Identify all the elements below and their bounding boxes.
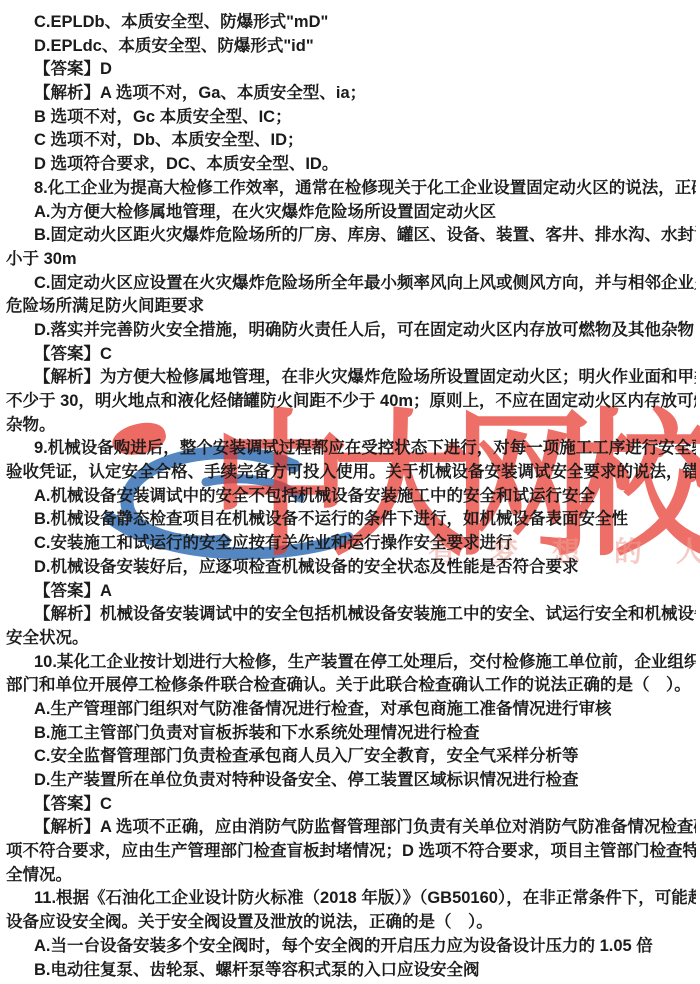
doc-line-text: C.EPLDb、本质安全型、防爆形式"mD" xyxy=(34,13,328,31)
doc-line-text: 安全状况。 xyxy=(6,629,89,647)
doc-line-text: A.为方便大检修属地管理，在火灾爆炸危险场所设置固定动火区 xyxy=(34,203,496,221)
doc-line: 8.化工企业为提高大检修工作效率，通常在检修现关于化工企业设置固定动火区的说法，… xyxy=(6,177,696,201)
doc-line: 全情况。 xyxy=(6,864,696,888)
doc-line: 11.根据《石油化工企业设计防火标准（2018 年版）》（GB50160），在非… xyxy=(6,887,696,911)
doc-line-text: 设备应设安全阀。关于安全阀设置及泄放的说法，正确的是（ ）。 xyxy=(6,913,493,931)
doc-line: A.生产管理部门组织对气防准备情况进行检查，对承包商施工准备情况进行审核 xyxy=(6,698,696,722)
doc-line: C.EPLDb、本质安全型、防爆形式"mD" xyxy=(6,11,696,35)
doc-line-text: A.机械设备安装调试中的安全不包括机械设备安装施工中的安全和试运行安全 xyxy=(34,487,595,505)
doc-line-text: 9.机械设备购进后，整个安装调试过程都应在受控状态下进行，对每一项施工工序进行安… xyxy=(34,439,696,457)
doc-line-text: 杂物。 xyxy=(6,416,56,434)
doc-line-text: 项不符合要求，应由生产管理部门检查盲板封堵情况；D 选项不符合要求，项目主管部门… xyxy=(6,842,696,860)
doc-line: 危险场所满足防火间距要求 xyxy=(6,295,696,319)
doc-line-text: 全情况。 xyxy=(6,866,72,884)
document-page: { "watermark": { "logo_text": "中大网校", "s… xyxy=(0,0,700,984)
doc-line: 9.机械设备购进后，整个安装调试过程都应在受控状态下进行，对每一项施工工序进行安… xyxy=(6,437,696,461)
doc-line-text: 【答案】D xyxy=(34,60,112,78)
doc-line-text: A.生产管理部门组织对气防准备情况进行检查，对承包商施工准备情况进行审核 xyxy=(34,700,612,718)
doc-line: 安全状况。 xyxy=(6,627,696,651)
doc-line-text: 不少于 30，明火地点和液化烃储罐防火间距不少于 40m；原则上，不应在固定动火… xyxy=(6,392,696,410)
doc-line: D 选项符合要求，DC、本质安全型、ID。 xyxy=(6,153,696,177)
doc-line-text: 【解析】为方便大检修属地管理，在非火灾爆炸危险场所设置固定动火区；明火作业面和甲… xyxy=(34,368,696,386)
doc-line: D.机械设备安装好后，应逐项检查机械设备的安全状态及性能是否符合要求 xyxy=(6,556,696,580)
doc-line: A.当一台设备安装多个安全阀时，每个安全阀的开启压力应为设备设计压力的 1.05… xyxy=(6,935,696,959)
document-body: C.EPLDb、本质安全型、防爆形式"mD"D.EPLdc、本质安全型、防爆形式… xyxy=(0,0,700,984)
doc-line-text: B.施工主管部门负责对盲板拆装和下水系统处理情况进行检查 xyxy=(34,724,480,742)
doc-line-text: B 选项不对，Gc 本质安全型、IC； xyxy=(34,108,292,126)
doc-line: A.为方便大检修属地管理，在火灾爆炸危险场所设置固定动火区 xyxy=(6,201,696,225)
doc-line: 【答案】C xyxy=(6,793,696,817)
doc-line: B 选项不对，Gc 本质安全型、IC； xyxy=(6,106,696,130)
doc-line: 不少于 30，明火地点和液化烃储罐防火间距不少于 40m；原则上，不应在固定动火… xyxy=(6,390,696,414)
doc-line: 验收凭证，认定安全合格、手续完备方可投入使用。关于机械设备安装调试安全要求的说法… xyxy=(6,461,696,485)
doc-line-text: 【解析】A 选项不对，Ga、本质安全型、ia； xyxy=(34,84,366,102)
doc-line-text: 【解析】A 选项不正确，应由消防气防监督管理部门负责有关单位对消防气防准备情况检… xyxy=(34,818,696,836)
doc-line-text: A.当一台设备安装多个安全阀时，每个安全阀的开启压力应为设备设计压力的 1.05… xyxy=(34,937,653,955)
doc-line: 杂物。 xyxy=(6,414,696,438)
doc-line-text: 危险场所满足防火间距要求 xyxy=(6,297,204,315)
doc-line-text: D.EPLdc、本质安全型、防爆形式"id" xyxy=(34,37,314,55)
doc-line-text: D.生产装置所在单位负责对特种设备安全、停工装置区域标识情况进行检查 xyxy=(34,771,579,789)
doc-line: 【解析】为方便大检修属地管理，在非火灾爆炸危险场所设置固定动火区；明火作业面和甲… xyxy=(6,366,696,390)
doc-line-text: B.机械设备静态检查项目在机械设备不运行的条件下进行，如机械设备表面安全性 xyxy=(34,510,628,528)
doc-line-text: 【答案】C xyxy=(34,795,112,813)
doc-line-text: 验收凭证，认定安全合格、手续完备方可投入使用。关于机械设备安装调试安全要求的说法… xyxy=(6,463,696,481)
doc-line-text: C.安装施工和试运行的安全应按有关作业和运行操作安全要求进行 xyxy=(34,534,513,552)
doc-line-text: 11.根据《石油化工企业设计防火标准（2018 年版）》（GB50160），在非… xyxy=(34,889,696,907)
doc-line: C 选项不对，Db、本质安全型、ID； xyxy=(6,129,696,153)
doc-line: C.安装施工和试运行的安全应按有关作业和运行操作安全要求进行 xyxy=(6,532,696,556)
doc-line: 【答案】D xyxy=(6,58,696,82)
doc-line: D.EPLdc、本质安全型、防爆形式"id" xyxy=(6,35,696,59)
doc-line: 设备应设安全阀。关于安全阀设置及泄放的说法，正确的是（ ）。 xyxy=(6,911,696,935)
doc-line: 项不符合要求，应由生产管理部门检查盲板封堵情况；D 选项不符合要求，项目主管部门… xyxy=(6,840,696,864)
doc-line-text: D 选项符合要求，DC、本质安全型、ID。 xyxy=(34,155,338,173)
doc-line-text: 10.某化工企业按计划进行大检修，生产装置在停工处理后，交付检修施工单位前，企业… xyxy=(34,653,696,671)
doc-line-text: 【答案】A xyxy=(34,582,112,600)
doc-line-text: 小于 30m xyxy=(6,250,77,268)
doc-line-text: B.电动往复泵、齿轮泵、螺杆泵等容积式泵的入口应设安全阀 xyxy=(34,961,480,979)
doc-line-text: C.安全监督管理部门负责检查承包商人员入厂安全教育，安全气采样分析等 xyxy=(34,747,579,765)
doc-line-text: 【答案】C xyxy=(34,345,112,363)
doc-line: 【解析】A 选项不对，Ga、本质安全型、ia； xyxy=(6,82,696,106)
doc-line: 【答案】A xyxy=(6,580,696,604)
doc-line: 小于 30m xyxy=(6,248,696,272)
doc-line-text: B.固定动火区距火灾爆炸危险场所的厂房、库房、罐区、设备、装置、客井、排水沟、水… xyxy=(34,226,696,244)
doc-line-text: D.落实并完善防火安全措施，明确防火责任人后，可在固定动火区内存放可燃物及其他杂… xyxy=(34,321,694,339)
doc-line: 10.某化工企业按计划进行大检修，生产装置在停工处理后，交付检修施工单位前，企业… xyxy=(6,651,696,675)
doc-line: 部门和单位开展停工检修条件联合检查确认。关于此联合检查确认工作的说法正确的是（ … xyxy=(6,674,696,698)
doc-line: B.电动往复泵、齿轮泵、螺杆泵等容积式泵的入口应设安全阀 xyxy=(6,959,696,983)
doc-line: D.落实并完善防火安全措施，明确防火责任人后，可在固定动火区内存放可燃物及其他杂… xyxy=(6,319,696,343)
doc-line-text: 【解析】机械设备安装调试中的安全包括机械设备安装施工中的安全、试运行安全和机械设… xyxy=(34,605,696,623)
doc-line-text: 部门和单位开展停工检修条件联合检查确认。关于此联合检查确认工作的说法正确的是（ … xyxy=(6,676,691,694)
doc-line: D.生产装置所在单位负责对特种设备安全、停工装置区域标识情况进行检查 xyxy=(6,769,696,793)
doc-line-text: 8.化工企业为提高大检修工作效率，通常在检修现关于化工企业设置固定动火区的说法，… xyxy=(34,179,696,197)
doc-line: A.机械设备安装调试中的安全不包括机械设备安装施工中的安全和试运行安全 xyxy=(6,485,696,509)
doc-line-text: C 选项不对，Db、本质安全型、ID； xyxy=(34,131,304,149)
doc-line: 【解析】机械设备安装调试中的安全包括机械设备安装施工中的安全、试运行安全和机械设… xyxy=(6,603,696,627)
doc-line: B.固定动火区距火灾爆炸危险场所的厂房、库房、罐区、设备、装置、客井、排水沟、水… xyxy=(6,224,696,248)
doc-line-text: C.固定动火区应设置在火灾爆炸危险场所全年最小频率风向上风或侧风方向，并与相邻企… xyxy=(34,274,696,292)
doc-line-text: D.机械设备安装好后，应逐项检查机械设备的安全状态及性能是否符合要求 xyxy=(34,558,579,576)
doc-line: C.固定动火区应设置在火灾爆炸危险场所全年最小频率风向上风或侧风方向，并与相邻企… xyxy=(6,272,696,296)
doc-line: 【答案】C xyxy=(6,343,696,367)
doc-line: B.施工主管部门负责对盲板拆装和下水系统处理情况进行检查 xyxy=(6,722,696,746)
doc-line: C.安全监督管理部门负责检查承包商人员入厂安全教育，安全气采样分析等 xyxy=(6,745,696,769)
doc-line: 【解析】A 选项不正确，应由消防气防监督管理部门负责有关单位对消防气防准备情况检… xyxy=(6,816,696,840)
doc-line: B.机械设备静态检查项目在机械设备不运行的条件下进行，如机械设备表面安全性 xyxy=(6,508,696,532)
